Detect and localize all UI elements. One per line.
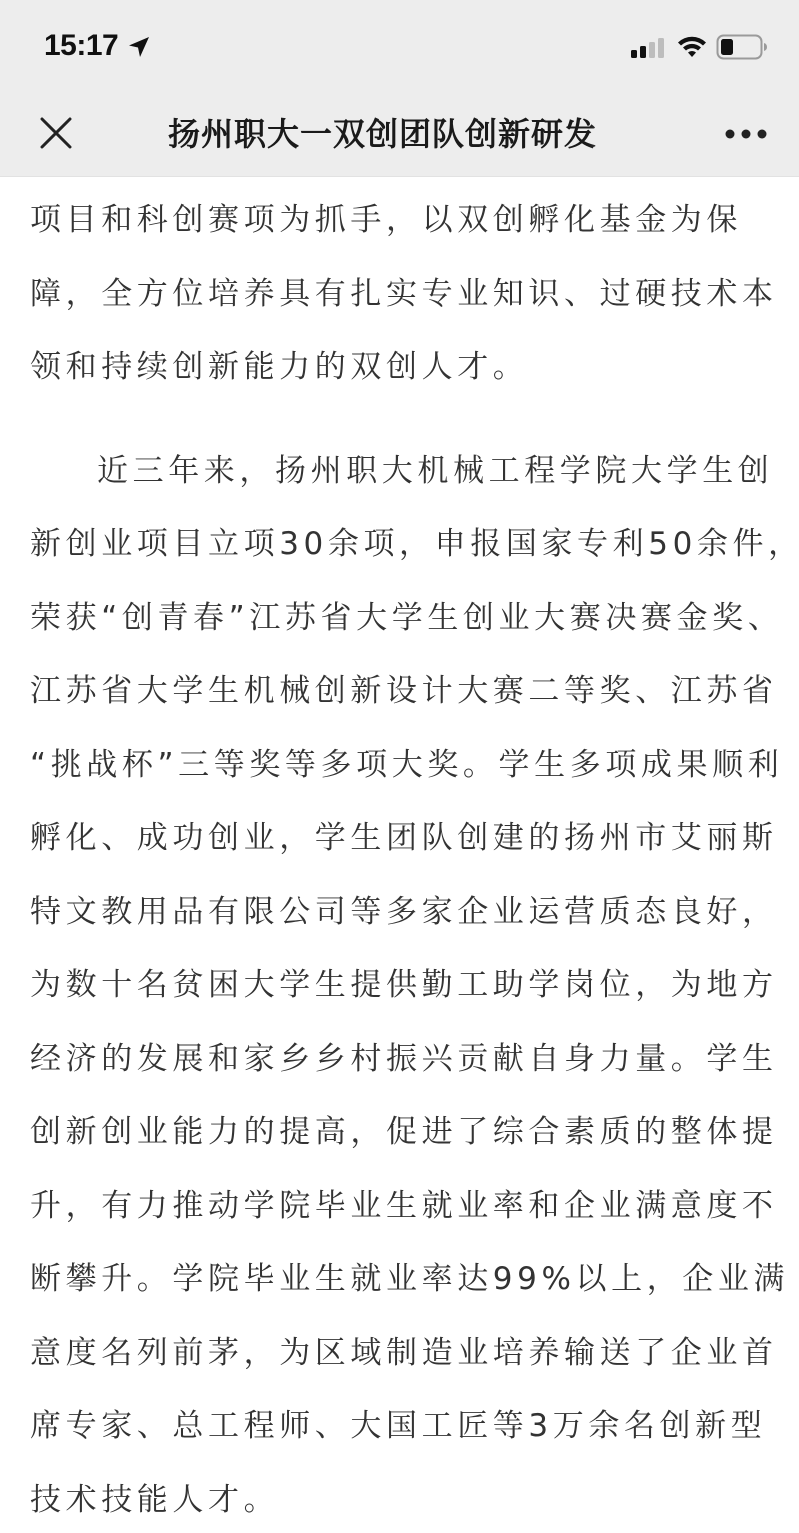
- status-time: 15:17: [44, 29, 118, 63]
- text-line: 项目和科创赛项为抓手，以双创孵化基金为保: [30, 184, 765, 258]
- cellular-signal-icon: [631, 38, 667, 58]
- text-line: 领和持续创新能力的双创人才。: [30, 331, 765, 405]
- more-options-button[interactable]: [716, 110, 776, 158]
- text-line: 障，全方位培养具有扎实专业知识、过硬技术本: [30, 258, 765, 332]
- text-line: 江苏省大学生机械创新设计大赛二等奖、江苏省: [30, 655, 765, 729]
- article-body: 项目和科创赛项为抓手，以双创孵化基金为保 障，全方位培养具有扎实专业知识、过硬技…: [30, 184, 765, 1533]
- top-bar: 15:17 扬州职大一双创团队创新研发: [0, 0, 799, 177]
- page-title: 扬州职大一双创团队创新研发: [168, 110, 646, 158]
- text-line: 技术技能人才。: [30, 1464, 765, 1533]
- text-line: 近三年来，扬州职大机械工程学院大学生创: [30, 435, 765, 509]
- text-line: 特文教用品有限公司等多家企业运营质态良好，: [30, 876, 765, 950]
- close-button[interactable]: [30, 106, 82, 160]
- more-dots-icon: [725, 129, 767, 139]
- text-line: 升，有力推动学院毕业生就业率和企业满意度不: [30, 1170, 765, 1244]
- text-line: 经济的发展和家乡乡村振兴贡献自身力量。学生: [30, 1023, 765, 1097]
- article-paragraph: 项目和科创赛项为抓手，以双创孵化基金为保 障，全方位培养具有扎实专业知识、过硬技…: [30, 184, 765, 405]
- text-line: 孵化、成功创业，学生团队创建的扬州市艾丽斯: [30, 802, 765, 876]
- text-line: 为数十名贫困大学生提供勤工助学岗位，为地方: [30, 949, 765, 1023]
- battery-icon: [716, 34, 768, 60]
- text-line: 意度名列前茅，为区域制造业培养输送了企业首: [30, 1317, 765, 1391]
- article-paragraph: 近三年来，扬州职大机械工程学院大学生创 新创业项目立项30余项，申报国家专利50…: [30, 435, 765, 1533]
- wifi-icon: [676, 34, 708, 58]
- text-line: 断攀升。学院毕业生就业率达99%以上，企业满: [30, 1243, 765, 1317]
- text-line: 荣获“创青春”江苏省大学生创业大赛决赛金奖、: [30, 582, 765, 656]
- close-icon: [40, 117, 72, 149]
- text-line: 新创业项目立项30余项，申报国家专利50余件，: [30, 508, 765, 582]
- text-line: “挑战杯”三等奖等多项大奖。学生多项成果顺利: [30, 729, 765, 803]
- location-arrow-icon: [127, 35, 151, 59]
- text-line: 席专家、总工程师、大国工匠等3万余名创新型: [30, 1390, 765, 1464]
- text-line: 创新创业能力的提高，促进了综合素质的整体提: [30, 1096, 765, 1170]
